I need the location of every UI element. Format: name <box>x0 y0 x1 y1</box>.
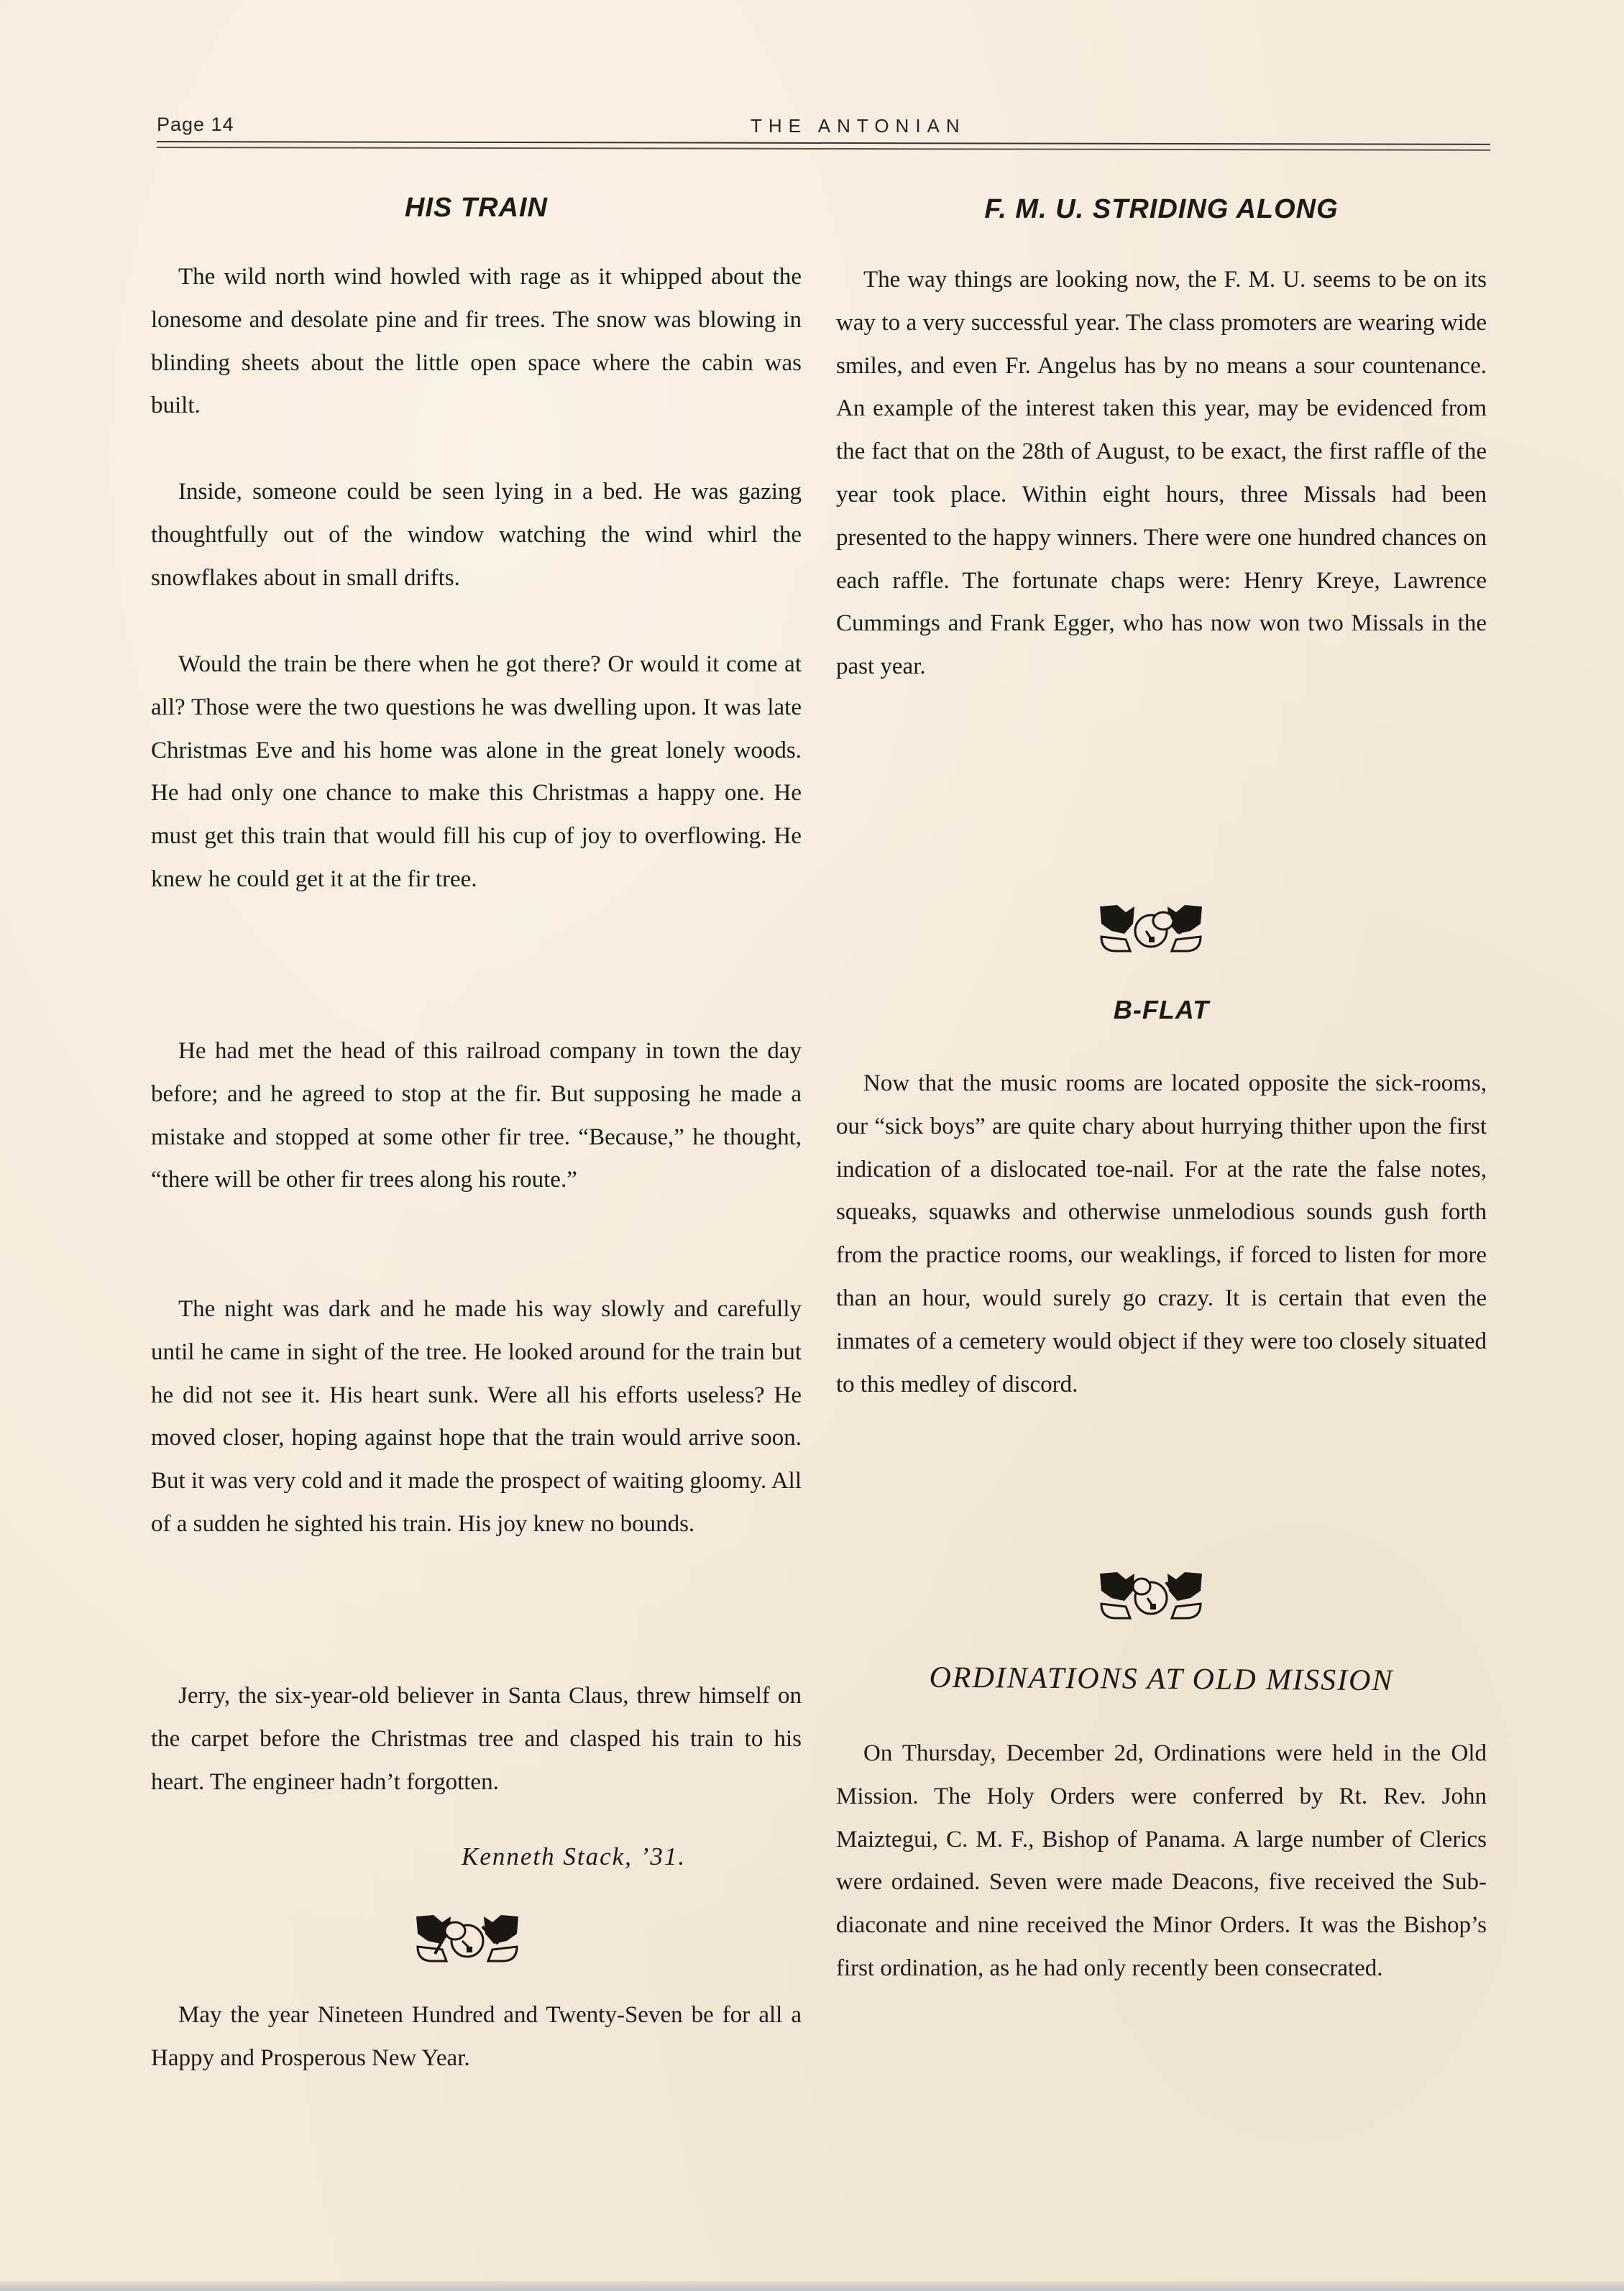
article-title-his-train: HIS TRAIN <box>151 193 802 224</box>
his-train-paragraph-4: He had met the head of this railroad com… <box>151 1030 802 1202</box>
his-train-paragraph-6: Jerry, the six-year-old believer in Sant… <box>151 1675 802 1804</box>
his-train-paragraph-5: The night was dark and he made his way s… <box>151 1288 802 1546</box>
article-title-b-flat: B-FLAT <box>836 995 1487 1025</box>
running-header: Page 14 THE ANTONIAN <box>157 114 1490 142</box>
his-train-paragraph-3: Would the train be there when he got the… <box>151 643 802 901</box>
holly-bell-ornament-icon <box>413 1912 521 1964</box>
holly-bell-ornament-icon <box>1097 902 1205 954</box>
ordinations-paragraph-1: On Thursday, December 2d, Ordinations we… <box>836 1732 1487 1991</box>
article-title-ordinations: ORDINATIONS AT OLD MISSION <box>836 1660 1487 1699</box>
his-train-paragraph-1: The wild north wind howled with rage as … <box>151 256 802 428</box>
holly-bell-ornament-icon <box>1097 1569 1205 1621</box>
page-number: Page 14 <box>157 114 234 136</box>
author-signature: Kenneth Stack, ’31. <box>462 1842 686 1871</box>
new-year-greeting: May the year Nineteen Hundred and Twenty… <box>151 1994 802 2080</box>
b-flat-paragraph-1: Now that the music rooms are located opp… <box>836 1062 1487 1406</box>
fmu-paragraph-1: The way things are looking now, the F. M… <box>836 259 1487 689</box>
article-title-fmu: F. M. U. STRIDING ALONG <box>836 194 1487 225</box>
publication-title: THE ANTONIAN <box>751 115 966 137</box>
header-double-rule <box>157 141 1490 151</box>
newspaper-page: Page 14 THE ANTONIAN HIS TRAIN The wild … <box>0 0 1624 2291</box>
his-train-paragraph-2: Inside, someone could be seen lying in a… <box>151 471 802 600</box>
page-bottom-edge <box>0 2281 1624 2291</box>
